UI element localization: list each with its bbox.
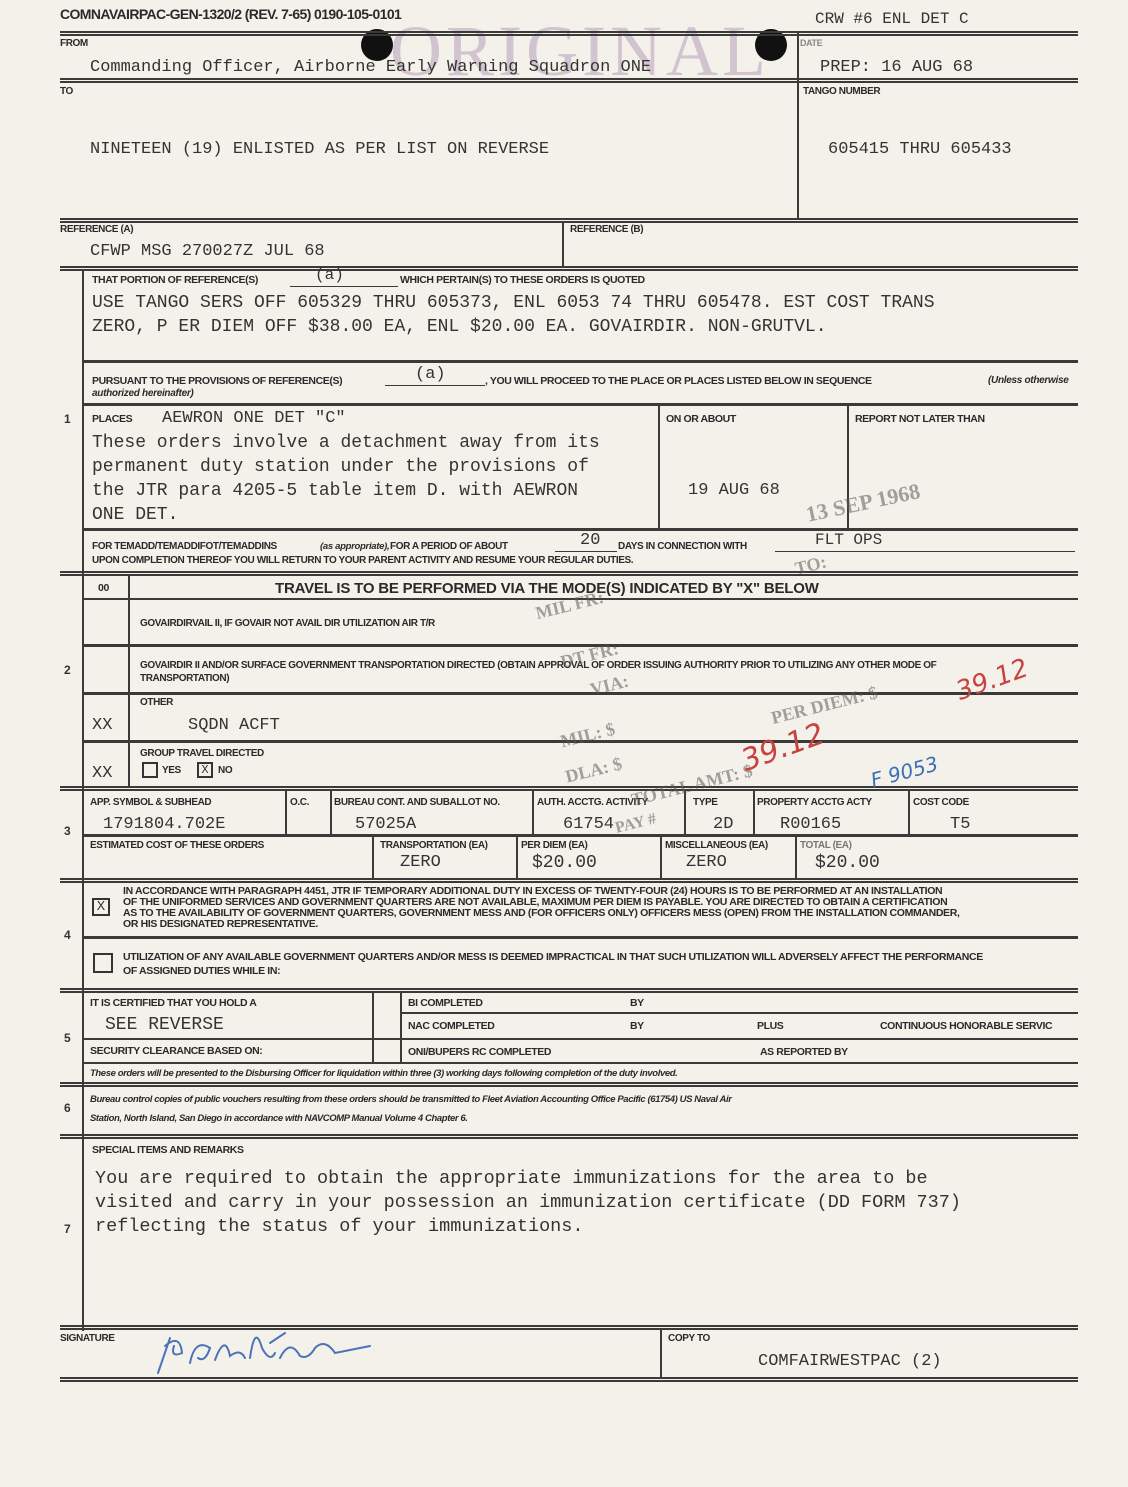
bi-completed-label: BI COMPLETED bbox=[408, 997, 483, 1009]
connection-value: FLT OPS bbox=[815, 531, 882, 549]
on-or-about-label: ON OR ABOUT bbox=[666, 413, 736, 425]
date-received-stamp: 13 SEP 1968 bbox=[804, 478, 923, 528]
quoted-label-pre: THAT PORTION OF REFERENCE(S) bbox=[92, 274, 258, 286]
pursuant-label-pre: PURSUANT TO THE PROVISIONS OF REFERENCE(… bbox=[92, 375, 342, 387]
cost-code-value: T5 bbox=[950, 815, 970, 834]
dla-stamp: DLA: $ bbox=[563, 753, 624, 787]
group-travel-no-label: NO bbox=[218, 765, 232, 776]
signature bbox=[150, 1318, 380, 1383]
property-acctg-value: R00165 bbox=[780, 815, 841, 834]
to-label: TO bbox=[60, 86, 73, 97]
total-label: TOTAL (ea) bbox=[800, 840, 852, 851]
form-number: COMNAVAIRPAC-GEN-1320/2 (REV. 7-65) 0190… bbox=[60, 6, 401, 22]
type-label: TYPE bbox=[693, 797, 718, 808]
section-number-4: 4 bbox=[64, 928, 71, 942]
quarters-impractical-text: UTILIZATION OF ANY AVAILABLE GOVERNMENT … bbox=[123, 950, 1078, 978]
remarks-line-3: reflecting the status of your immunizati… bbox=[95, 1216, 583, 1237]
oni-bupers-label: ONI/BUPERS RC COMPLETED bbox=[408, 1046, 551, 1058]
nac-by-label: BY bbox=[630, 1020, 644, 1032]
cost-code-label: COST CODE bbox=[913, 797, 969, 808]
transportation-value: ZERO bbox=[400, 853, 441, 872]
places-value: AEWRON ONE DET "C" bbox=[162, 409, 346, 428]
travel-mark-other: XX bbox=[92, 716, 112, 735]
bureau-control-line-2: Station, North Island, San Diego in acco… bbox=[90, 1113, 468, 1124]
section-number-2: 2 bbox=[64, 663, 71, 677]
tango-value: 605415 THRU 605433 bbox=[828, 140, 1012, 159]
miscellaneous-value: ZERO bbox=[686, 853, 727, 872]
copy-to-label: COPY TO bbox=[668, 1333, 710, 1344]
plus-label: PLUS bbox=[757, 1020, 783, 1032]
return-text: UPON COMPLETION THEREOF YOU WILL RETURN … bbox=[92, 555, 633, 566]
quarters-certification-checkbox[interactable]: X bbox=[92, 898, 110, 916]
reference-b-label: REFERENCE (b) bbox=[570, 224, 643, 235]
miscellaneous-label: MISCELLANEOUS (ea) bbox=[665, 840, 768, 851]
reported-by-label: AS REPORTED BY bbox=[760, 1046, 848, 1058]
clearance-based-label: SECURITY CLEARANCE BASED ON: bbox=[90, 1045, 262, 1057]
oc-label: O.C. bbox=[290, 797, 309, 808]
per-diem-value: $20.00 bbox=[532, 853, 597, 873]
travel-option-govairdir-2: TRANSPORTATION) bbox=[140, 673, 229, 684]
property-acctg-label: PROPERTY ACCTG ACTY bbox=[757, 797, 872, 808]
date-value: PREP: 16 AUG 68 bbox=[820, 58, 973, 77]
signature-scribble-icon bbox=[150, 1318, 380, 1378]
nac-completed-label: NAC COMPLETED bbox=[408, 1020, 494, 1032]
quarters-impractical-checkbox[interactable] bbox=[93, 953, 113, 973]
tango-number-label: TANGO NUMBER bbox=[803, 86, 880, 97]
mil-stamp: MIL: $ bbox=[558, 719, 617, 753]
certified-label: IT IS CERTIFIED THAT YOU HOLD A bbox=[90, 997, 257, 1009]
para-line: UTILIZATION OF ANY AVAILABLE GOVERNMENT … bbox=[123, 950, 1078, 964]
continuous-service-label: CONTINUOUS HONORABLE SERVIC bbox=[880, 1020, 1052, 1032]
to-value: NINETEEN (19) ENLISTED AS PER LIST ON RE… bbox=[90, 140, 549, 159]
certified-value: SEE REVERSE bbox=[105, 1015, 224, 1035]
transportation-label: TRANSPORTATION (ea) bbox=[380, 840, 488, 851]
quarters-certification-text: IN ACCORDANCE WITH PARAGRAPH 4451, JTR I… bbox=[123, 886, 1078, 930]
para-line: OF ASSIGNED DUTIES WHILE IN: bbox=[123, 964, 1078, 978]
connection-label: DAYS IN CONNECTION WITH bbox=[618, 541, 747, 552]
temadd-note: (as appropriate), bbox=[320, 541, 389, 552]
app-symbol-label: APP. SYMBOL & SUBHEAD bbox=[90, 797, 211, 808]
quoted-label-post: WHICH PERTAIN(S) TO THESE ORDERS IS QUOT… bbox=[400, 274, 645, 286]
places-line-4: ONE DET. bbox=[92, 505, 178, 525]
presented-note: These orders will be presented to the Di… bbox=[90, 1068, 677, 1079]
per-diem-stamp: PER DIEM: $ bbox=[769, 682, 880, 729]
from-label: FROM bbox=[60, 38, 88, 49]
travel-title: TRAVEL IS TO BE PERFORMED VIA THE MODE(S… bbox=[275, 580, 819, 597]
reference-a-value: CFWP MSG 270027Z JUL 68 bbox=[90, 242, 325, 261]
remarks-line-2: visited and carry in your possession an … bbox=[95, 1192, 961, 1213]
app-symbol-value: 1791804.702E bbox=[103, 815, 225, 834]
section-number-6: 6 bbox=[64, 1101, 71, 1115]
para-line: OR HIS DESIGNATED REPRESENTATIVE. bbox=[123, 919, 1078, 930]
travel-option-govairdir[interactable]: GOVAIRDIR II AND/OR SURFACE GOVERNMENT T… bbox=[140, 660, 936, 671]
red-amount-1: 39.12 bbox=[952, 653, 1032, 707]
per-diem-label: PER DIEM (ea) bbox=[521, 840, 587, 851]
on-or-about-value: 19 AUG 68 bbox=[688, 481, 780, 500]
bureau-label: BUREAU CONT. AND SUBALLOT NO. bbox=[334, 797, 500, 808]
signature-label: SIGNATURE bbox=[60, 1333, 115, 1344]
reference-a-label: REFERENCE (a) bbox=[60, 224, 133, 235]
special-remarks-label: SPECIAL ITEMS AND REMARKS bbox=[92, 1144, 244, 1156]
group-travel-yes-label: YES bbox=[162, 765, 181, 776]
estimated-cost-label: ESTIMATED COST OF THESE ORDERS bbox=[90, 840, 264, 851]
type-value: 2D bbox=[713, 815, 733, 834]
temadd-label: FOR TEMADD/TEMADDIFOT/TEMADDINS bbox=[92, 541, 277, 552]
pursuant-note-2: authorized hereinafter) bbox=[92, 388, 193, 399]
period-label: FOR A PERIOD OF ABOUT bbox=[390, 541, 508, 552]
quoted-line-1: USE TANGO SERS OFF 605329 THRU 605373, E… bbox=[92, 293, 935, 313]
travel-option-other[interactable]: OTHER bbox=[140, 697, 173, 708]
group-travel-label: GROUP TRAVEL DIRECTED bbox=[140, 748, 264, 759]
bureau-control-line-1: Bureau control copies of public vouchers… bbox=[90, 1094, 732, 1105]
section-number-3: 3 bbox=[64, 824, 71, 838]
remarks-line-1: You are required to obtain the appropria… bbox=[95, 1168, 928, 1189]
report-not-later-label: REPORT NOT LATER THAN bbox=[855, 413, 985, 425]
group-travel-yes-checkbox[interactable] bbox=[142, 762, 158, 778]
places-line-3: the JTR para 4205-5 table item D. with A… bbox=[92, 481, 578, 501]
days-value: 20 bbox=[580, 531, 600, 550]
places-line-1: These orders involve a detachment away f… bbox=[92, 433, 600, 453]
pursuant-reference: (a) bbox=[415, 365, 446, 384]
pursuant-label-post: , YOU WILL PROCEED TO THE PLACE OR PLACE… bbox=[485, 375, 872, 387]
travel-option-govairdirvail[interactable]: GOVAIRDIRVAIL II, IF GOVAIR NOT AVAIL DI… bbox=[140, 618, 435, 629]
travel-other-value: SQDN ACFT bbox=[188, 716, 280, 735]
quoted-reference: (a) bbox=[315, 266, 344, 284]
via-stamp: VIA: bbox=[588, 671, 631, 701]
group-travel-no-checkbox[interactable]: X bbox=[197, 762, 213, 778]
from-value: Commanding Officer, Airborne Early Warni… bbox=[90, 58, 651, 77]
date-label: DATE bbox=[800, 38, 822, 48]
travel-code-header: 00 bbox=[98, 582, 109, 594]
quoted-line-2: ZERO, P ER DIEM OFF $38.00 EA, ENL $20.0… bbox=[92, 317, 827, 337]
section-number-7: 7 bbox=[64, 1222, 71, 1236]
auth-acctg-value: 61754 bbox=[563, 815, 614, 834]
total-value: $20.00 bbox=[815, 853, 880, 873]
section-number-1: 1 bbox=[64, 412, 71, 426]
copy-to-value: COMFAIRWESTPAC (2) bbox=[758, 1352, 942, 1371]
pursuant-note: (Unless otherwise bbox=[988, 375, 1068, 386]
places-label: PLACES bbox=[92, 413, 132, 425]
bi-by-label: BY bbox=[630, 997, 644, 1009]
top-right-note: CRW #6 ENL DET C bbox=[815, 10, 969, 28]
bureau-value: 57025A bbox=[355, 815, 416, 834]
places-line-2: permanent duty station under the provisi… bbox=[92, 457, 589, 477]
travel-mark-group: XX bbox=[92, 764, 112, 783]
section-number-5: 5 bbox=[64, 1031, 71, 1045]
